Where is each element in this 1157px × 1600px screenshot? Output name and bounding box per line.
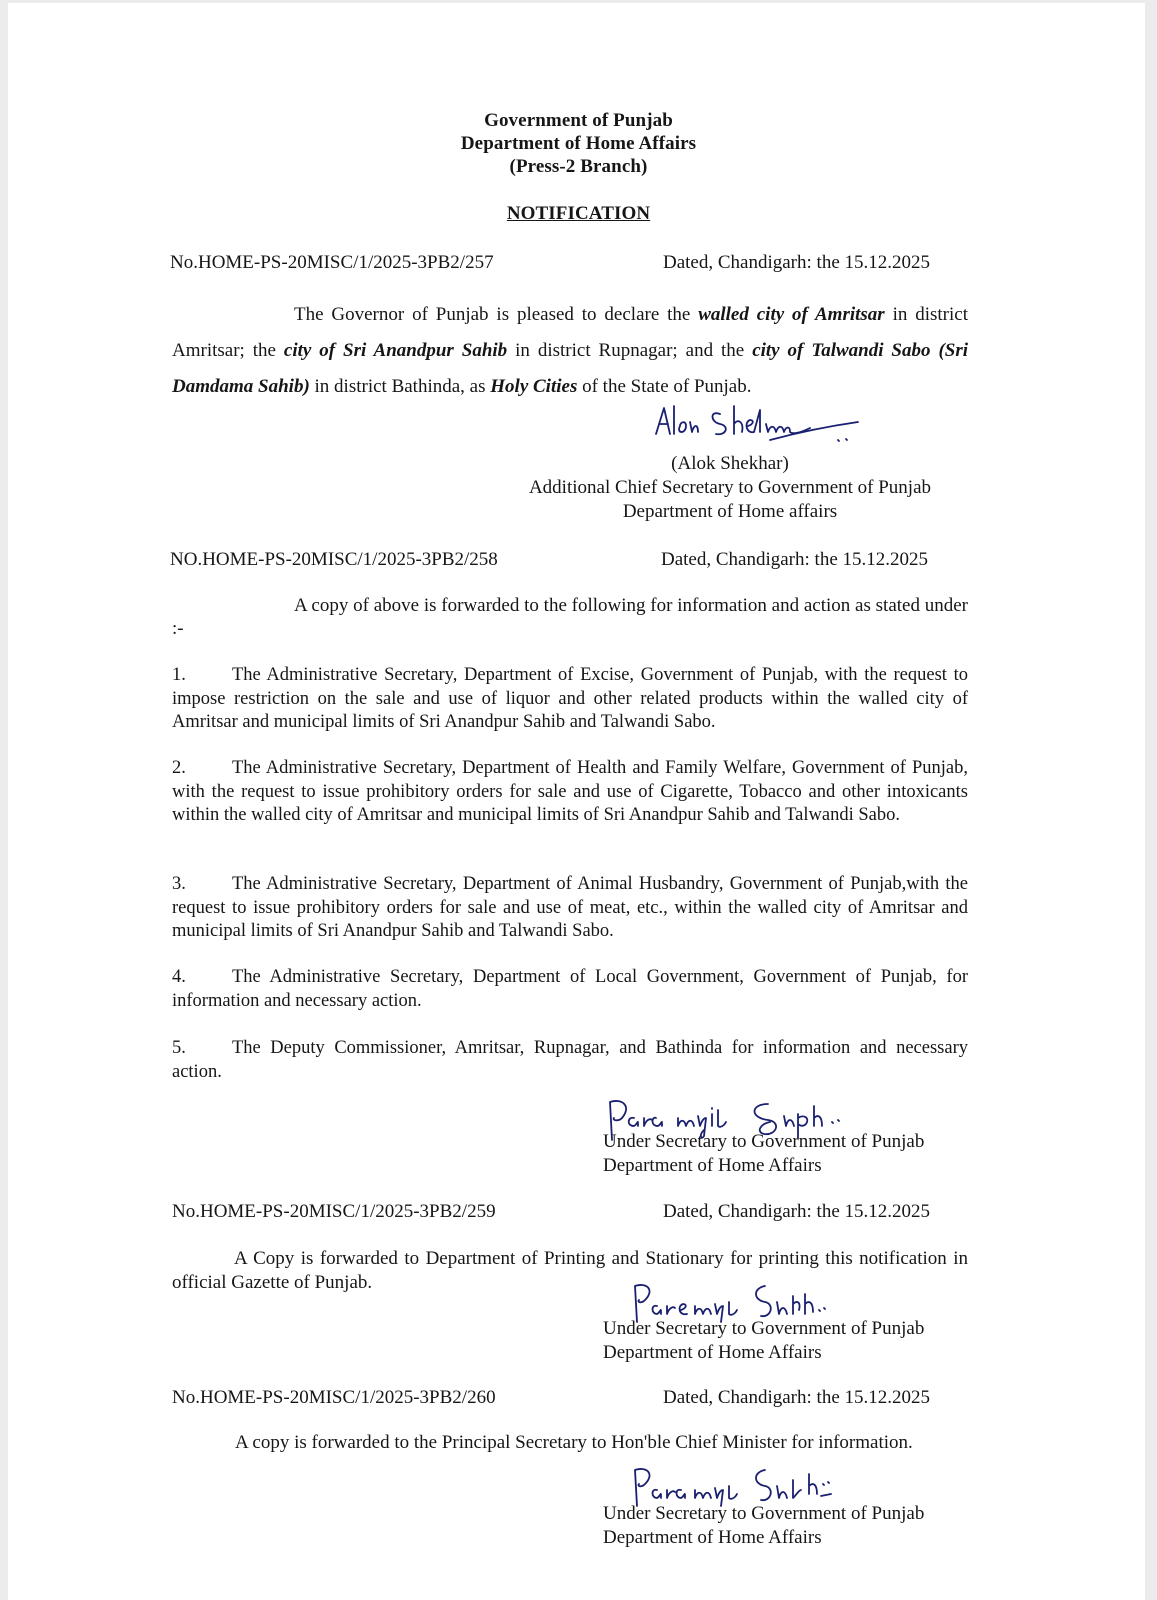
notification-number-259: No.HOME-PS-20MISC/1/2025-3PB2/259 <box>172 1200 496 1223</box>
notification-number-258: NO.HOME-PS-20MISC/1/2025-3PB2/258 <box>170 548 498 571</box>
header-branch: (Press-2 Branch) <box>0 156 1157 178</box>
signatory-department: Department of Home affairs <box>500 500 960 524</box>
signatory-block-us-2: Under Secretary to Government of Punjab … <box>603 1317 924 1365</box>
emphasis-anandpur-sahib: city of Sri Anandpur Sahib <box>284 340 507 361</box>
emphasis-holy-cities: Holy Cities <box>490 376 577 397</box>
notification-date-259: Dated, Chandigarh: the 15.12.2025 <box>663 1200 930 1223</box>
header-government: Government of Punjab <box>0 110 1157 132</box>
signature-alok-shekhar <box>650 400 870 450</box>
recipient-item-3: 3.The Administrative Secretary, Departme… <box>172 873 968 944</box>
signatory-department: Department of Home Affairs <box>603 1526 924 1550</box>
signatory-designation: Under Secretary to Government of Punjab <box>603 1502 924 1526</box>
declaration-paragraph: The Governor of Punjab is pleased to dec… <box>172 297 968 405</box>
notification-date-257: Dated, Chandigarh: the 15.12.2025 <box>663 251 930 274</box>
signatory-department: Department of Home Affairs <box>603 1154 924 1178</box>
emphasis-walled-city: walled city of Amritsar <box>698 304 885 325</box>
forwarding-intro: A copy of above is forwarded to the foll… <box>172 594 968 640</box>
notification-number-257: No.HOME-PS-20MISC/1/2025-3PB2/257 <box>170 251 494 274</box>
recipient-item-4: 4.The Administrative Secretary, Departme… <box>172 966 968 1013</box>
recipient-item-2: 2.The Administrative Secretary, Departme… <box>172 757 968 828</box>
notification-date-258: Dated, Chandigarh: the 15.12.2025 <box>661 548 928 571</box>
recipient-item-5: 5.The Deputy Commissioner, Amritsar, Rup… <box>172 1037 968 1084</box>
cm-forward-paragraph: A copy is forwarded to the Principal Sec… <box>235 1431 913 1454</box>
signatory-department: Department of Home Affairs <box>603 1341 924 1365</box>
signatory-block-us-1: Under Secretary to Government of Punjab … <box>603 1130 924 1178</box>
recipient-item-1: 1.The Administrative Secretary, Departme… <box>172 664 968 735</box>
signatory-designation: Under Secretary to Government of Punjab <box>603 1317 924 1341</box>
notification-date-260: Dated, Chandigarh: the 15.12.2025 <box>663 1386 930 1409</box>
signatory-block-us-3: Under Secretary to Government of Punjab … <box>603 1502 924 1550</box>
signatory-name: (Alok Shekhar) <box>500 452 960 476</box>
signatory-designation: Additional Chief Secretary to Government… <box>500 476 960 500</box>
signatory-block-acs: (Alok Shekhar) Additional Chief Secretar… <box>500 452 960 524</box>
notification-title: NOTIFICATION <box>0 203 1157 225</box>
signatory-designation: Under Secretary to Government of Punjab <box>603 1130 924 1154</box>
header-department: Department of Home Affairs <box>0 133 1157 155</box>
notification-number-260: No.HOME-PS-20MISC/1/2025-3PB2/260 <box>172 1386 496 1409</box>
